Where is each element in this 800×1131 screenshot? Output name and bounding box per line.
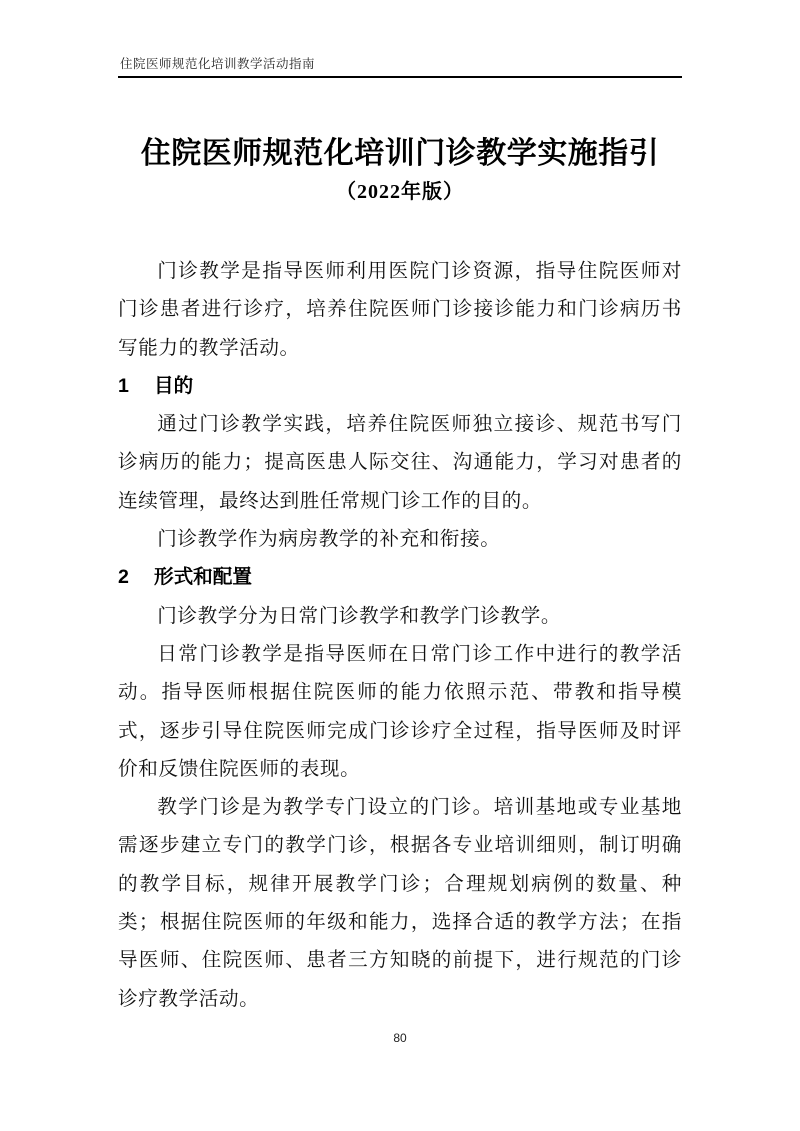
running-header-title: 住院医师规范化培训教学活动指南: [120, 54, 315, 72]
page-number: 80: [0, 1031, 800, 1045]
paragraph: 日常门诊教学是指导医师在日常门诊工作中进行的教学活动。指导医师根据住院医师的能力…: [118, 635, 682, 788]
section-heading: 2形式和配置: [118, 558, 682, 596]
paragraph: 门诊教学作为病房教学的补充和衔接。: [118, 520, 682, 558]
section-heading: 1目的: [118, 367, 682, 405]
document-subtitle: （2022年版）: [0, 178, 800, 206]
document-title: 住院医师规范化培训门诊教学实施指引: [0, 136, 800, 172]
section-title: 形式和配置: [154, 565, 252, 588]
document-body: 门诊教学是指导医师利用医院门诊资源，指导住院医师对门诊患者进行诊疗，培养住院医师…: [118, 252, 682, 1018]
running-header: 住院医师规范化培训教学活动指南: [118, 54, 682, 78]
section-title: 目的: [154, 374, 193, 397]
section-number: 2: [118, 558, 154, 596]
paragraph: 门诊教学分为日常门诊教学和教学门诊教学。: [118, 597, 682, 635]
section-form-and-configuration: 2形式和配置 门诊教学分为日常门诊教学和教学门诊教学。 日常门诊教学是指导医师在…: [118, 558, 682, 1018]
section-number: 1: [118, 367, 154, 405]
intro-paragraph: 门诊教学是指导医师利用医院门诊资源，指导住院医师对门诊患者进行诊疗，培养住院医师…: [118, 252, 682, 367]
paragraph: 教学门诊是为教学专门设立的门诊。培训基地或专业基地需逐步建立专门的教学门诊，根据…: [118, 788, 682, 1018]
section-purpose: 1目的 通过门诊教学实践，培养住院医师独立接诊、规范书写门诊病历的能力；提高医患…: [118, 367, 682, 558]
paragraph: 通过门诊教学实践，培养住院医师独立接诊、规范书写门诊病历的能力；提高医患人际交往…: [118, 405, 682, 520]
